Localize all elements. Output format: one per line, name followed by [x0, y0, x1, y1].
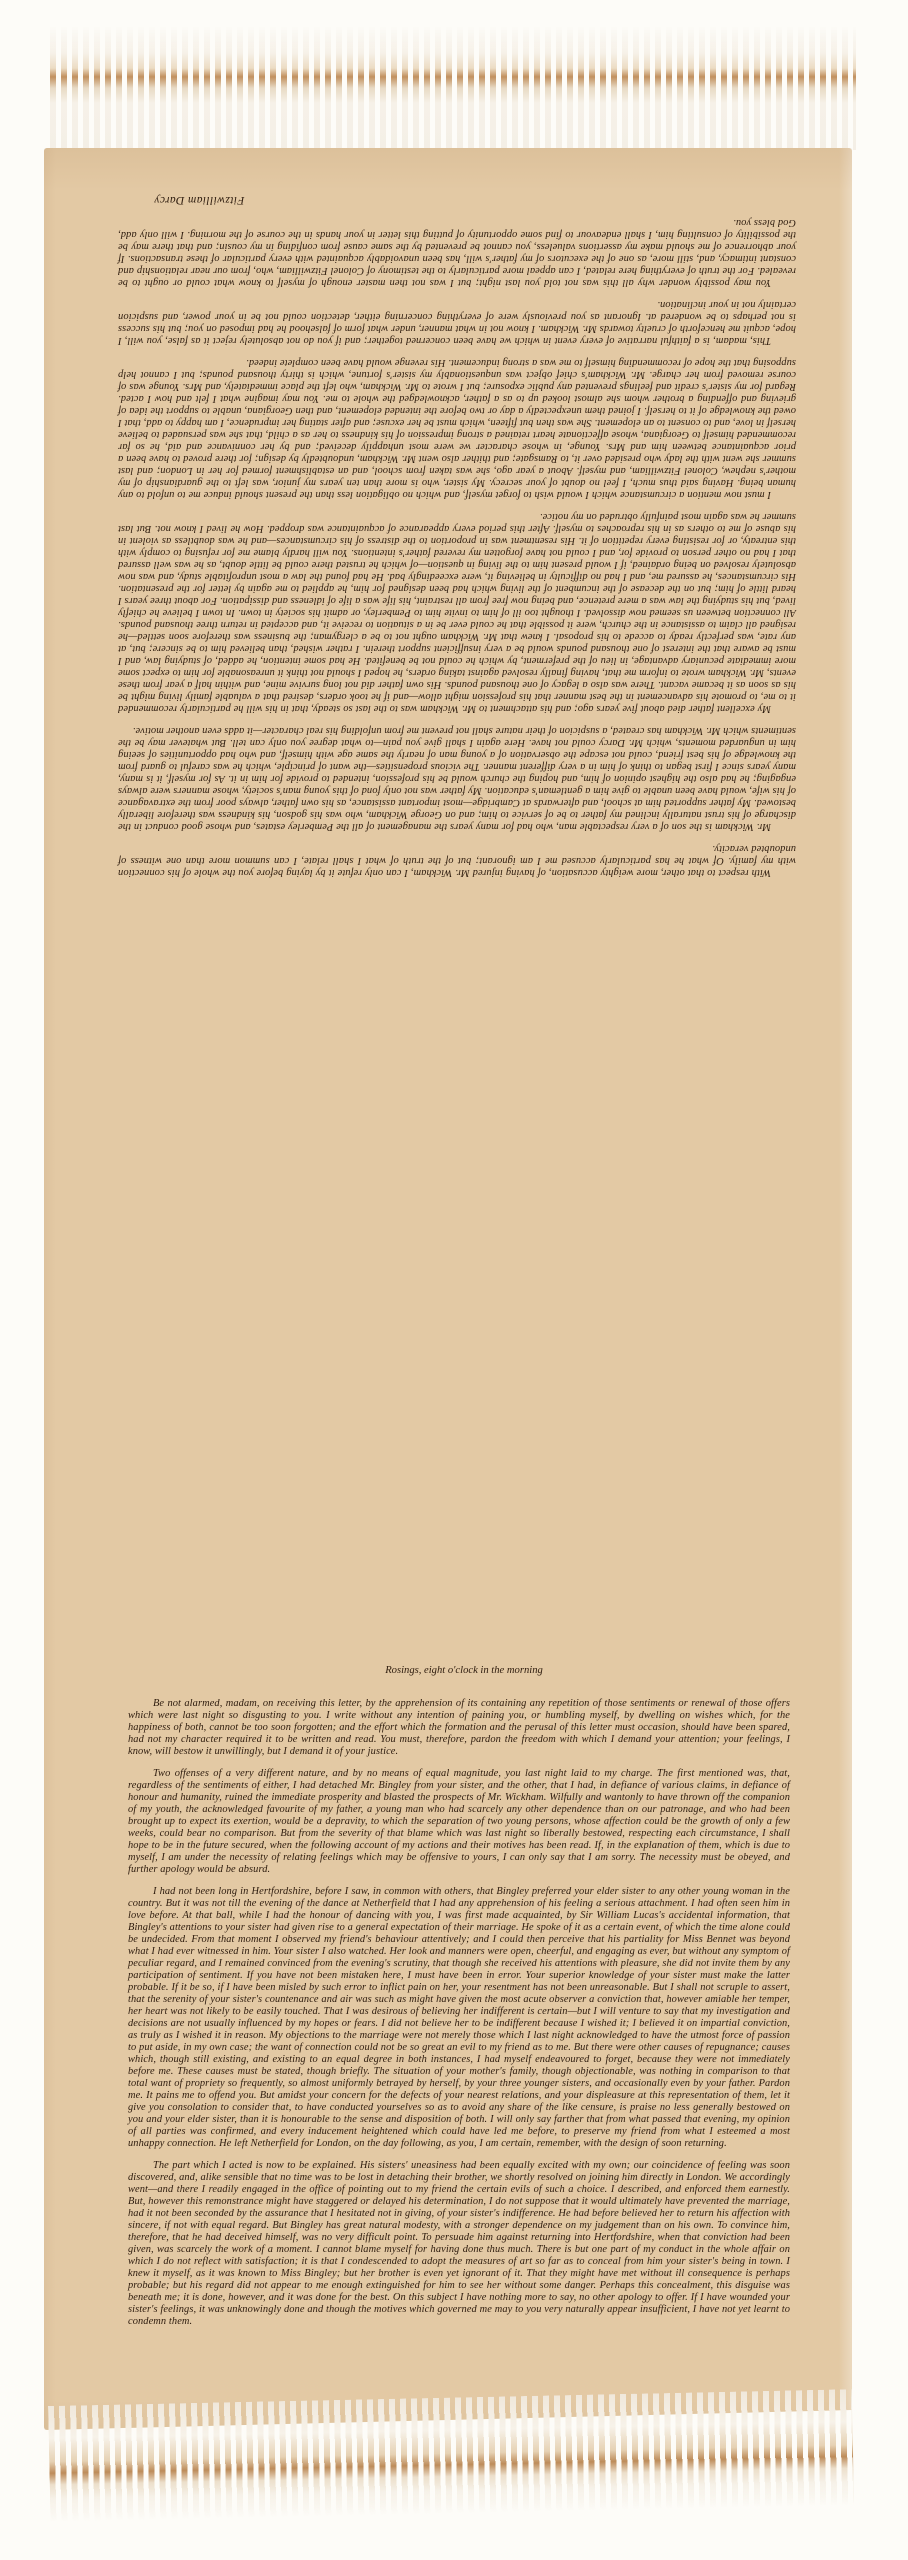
letter-paragraph: This, madam, is a faithful narrative of … [118, 298, 796, 346]
letter-paragraph: You may possibly wonder why all this was… [118, 216, 796, 288]
fabric-runner: With respect to that other, more weighty… [44, 148, 852, 2430]
letter-paragraph: Be not alarmed, madam, on receiving this… [128, 1698, 790, 1758]
product-photo: With respect to that other, more weighty… [0, 0, 908, 2560]
top-fringe [50, 26, 856, 150]
letter-paragraph: I must now mention a circumstance which … [118, 356, 796, 500]
letter-paragraph: With respect to that other, more weighty… [118, 842, 796, 878]
letter-opening-block: Be not alarmed, madam, on receiving this… [128, 1698, 790, 2328]
letter-paragraph: My excellent father died about five year… [118, 510, 796, 714]
letter-paragraph: Two offenses of a very different nature,… [128, 1768, 790, 1876]
letter-continuation-block: With respect to that other, more weighty… [118, 194, 796, 878]
letter-paragraph: I had not been long in Hertfordshire, be… [128, 1886, 790, 2150]
letter-dateline: Rosings, eight o'clock in the morning [60, 1664, 868, 1678]
bottom-fringe [48, 2389, 854, 2522]
letter-signature: Fitzwilliam Darcy [118, 194, 796, 206]
letter-paragraph: The part which I acted is now to be expl… [128, 2160, 790, 2328]
letter-paragraph: Mr. Wickham is the son of a very respect… [118, 724, 796, 832]
